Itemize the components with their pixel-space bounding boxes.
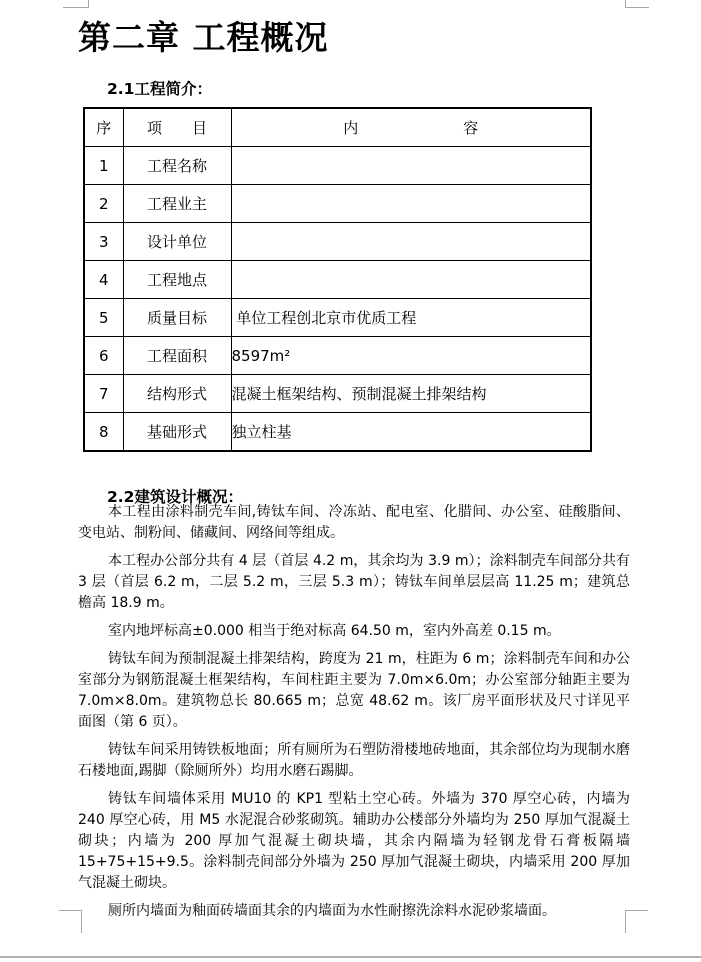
table-row: 3 设计单位 xyxy=(84,223,591,261)
table-body: 1 工程名称 2 工程业主 3 设计单位 4 工程地点 5 质量目标 单位工程创… xyxy=(84,147,591,452)
cell-sequence-number: 5 xyxy=(84,299,123,337)
cell-content-value: 独立柱基 xyxy=(231,413,591,452)
cell-sequence-number: 7 xyxy=(84,375,123,413)
cell-item-label: 设计单位 xyxy=(123,223,231,261)
cell-content-value xyxy=(231,147,591,185)
cell-sequence-number: 8 xyxy=(84,413,123,452)
table-row: 6 工程面积 8597m² xyxy=(84,337,591,375)
crop-mark-top-left xyxy=(63,0,89,8)
body-paragraph: 室内地坪标高±0.000 相当于绝对标高 64.50 m，室内外高差 0.15 … xyxy=(78,621,630,642)
table-row: 7 结构形式 混凝土框架结构、预制混凝土排架结构 xyxy=(84,375,591,413)
page-bottom-edge xyxy=(0,956,701,958)
cell-sequence-number: 2 xyxy=(84,185,123,223)
cell-item-label: 工程业主 xyxy=(123,185,231,223)
cell-content-value: 8597m² xyxy=(231,337,591,375)
header-cell-content: 内 容 xyxy=(231,108,591,147)
header-cell-no: 序 xyxy=(84,108,123,147)
cell-content-value: 混凝土框架结构、预制混凝土排架结构 xyxy=(231,375,591,413)
cell-sequence-number: 1 xyxy=(84,147,123,185)
table-row: 2 工程业主 xyxy=(84,185,591,223)
project-summary-table: 序 项 目 内 容 1 工程名称 2 工程业主 3 设计单位 4 工程地点 5 … xyxy=(83,107,592,452)
body-paragraph: 铸钛车间采用铸铁板地面；所有厕所为石塑防滑楼地砖地面，其余部位均为现制水磨石楼地… xyxy=(78,740,630,782)
body-paragraph: 本工程由涂料制壳车间,铸钛车间、冷冻站、配电室、化腊间、办公室、硅酸脂间、变电站… xyxy=(78,502,630,544)
body-paragraph: 铸钛车间墙体采用 MU10 的 KP1 型粘土空心砖。外墙为 370 厚空心砖，… xyxy=(78,789,630,894)
document-page: 第二章 工程概况 2.1工程简介： 序 项 目 内 容 1 工程名称 2 工程业… xyxy=(0,0,701,962)
cell-item-label: 基础形式 xyxy=(123,413,231,452)
table-row: 1 工程名称 xyxy=(84,147,591,185)
cell-item-label: 工程名称 xyxy=(123,147,231,185)
cell-item-label: 工程地点 xyxy=(123,261,231,299)
table-row: 8 基础形式 独立柱基 xyxy=(84,413,591,452)
cell-content-value xyxy=(231,185,591,223)
table-row: 4 工程地点 xyxy=(84,261,591,299)
cell-content-value xyxy=(231,223,591,261)
cell-content-value xyxy=(231,261,591,299)
crop-mark-top-right xyxy=(625,0,649,8)
table-header-row: 序 项 目 内 容 xyxy=(84,108,591,147)
cell-content-value: 单位工程创北京市优质工程 xyxy=(231,299,591,337)
cell-item-label: 结构形式 xyxy=(123,375,231,413)
body-paragraph: 厕所内墙面为釉面砖墙面其余的内墙面为水性耐擦洗涂料水泥砂浆墙面。 xyxy=(78,901,630,922)
cell-sequence-number: 4 xyxy=(84,261,123,299)
body-paragraph: 铸钛车间为预制混凝土排架结构，跨度为 21 m，柱距为 6 m；涂料制壳车间和办… xyxy=(78,649,630,733)
cell-item-label: 质量目标 xyxy=(123,299,231,337)
chapter-title: 第二章 工程概况 xyxy=(78,12,329,59)
cell-sequence-number: 6 xyxy=(84,337,123,375)
section-2-2-body: 本工程由涂料制壳车间,铸钛车间、冷冻站、配电室、化腊间、办公室、硅酸脂间、变电站… xyxy=(78,502,630,929)
cell-sequence-number: 3 xyxy=(84,223,123,261)
table-row: 5 质量目标 单位工程创北京市优质工程 xyxy=(84,299,591,337)
body-paragraph: 本工程办公部分共有 4 层（首层 4.2 m，其余均为 3.9 m）；涂料制壳车… xyxy=(78,551,630,614)
cell-item-label: 工程面积 xyxy=(123,337,231,375)
section-2-1-heading: 2.1工程简介： xyxy=(107,77,212,99)
header-cell-item: 项 目 xyxy=(123,108,231,147)
